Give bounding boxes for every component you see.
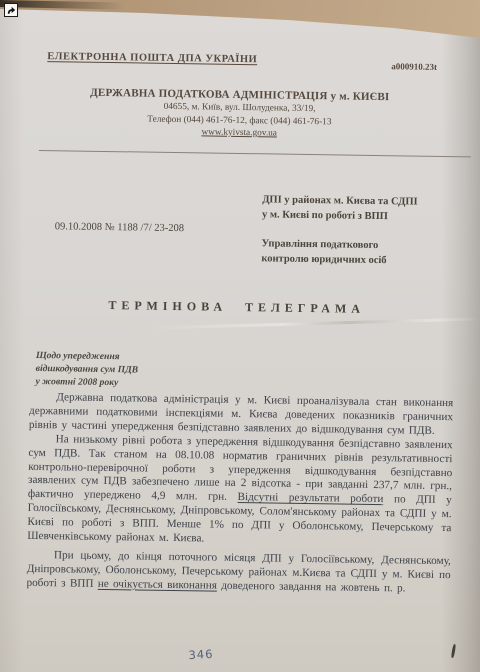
body-text: Державна податкова адміністрація у м. Ки… [26,391,453,597]
document-code: а000910.23t [391,61,437,72]
paragraph-3: При цьому, до кінця поточного місяця ДПІ… [26,549,451,597]
paragraph-1: Державна податкова адміністрація у м. Ки… [29,391,454,439]
reference-date-number: 09.10.2008 № 1188 /7/ 23-208 [55,221,184,234]
paragraph-1-text: Державна податкова адміністрація у м. Ки… [29,391,454,436]
org-header-block: ДЕРЖАВНА ПОДАТКОВА АДМІНІСТРАЦІЯ у м. КИ… [0,85,480,143]
paragraph-2-underlined-text: Відсутні результати роботи [237,491,383,505]
paragraph-2: На низькому рівні робота з упередження в… [27,433,453,551]
epost-header-label: ЕЛЕКТРОННА ПОШТА ДПА УКРАЇНИ [47,51,257,65]
scanned-document-photo: ЕЛЕКТРОННА ПОШТА ДПА УКРАЇНИ а000910.23t… [0,0,480,672]
document-title: ТЕРМІНОВА ТЕЛЕГРАМА [0,296,477,318]
handwritten-page-number: 346 [188,647,214,662]
document-content: ЕЛЕКТРОННА ПОШТА ДПА УКРАЇНИ а000910.23t… [0,0,480,672]
recipient-line: у м. Києві по роботі з ВПП [262,207,418,224]
recipient-block: ДПІ у районах м. Києва та СДПІ у м. Києв… [261,192,417,268]
paragraph-3-text: доведеного завдання на жовтень п. р. [217,579,406,594]
subject-line: у жовтні 2008 року [35,375,138,390]
paragraph-3-underlined-text: не очікується виконання [98,578,217,592]
header-divider [39,150,471,157]
recipient-department: контролю юридичних осіб [261,251,417,268]
subject-block: Щодо упередження відшкодування сум ПДВ у… [35,349,138,390]
